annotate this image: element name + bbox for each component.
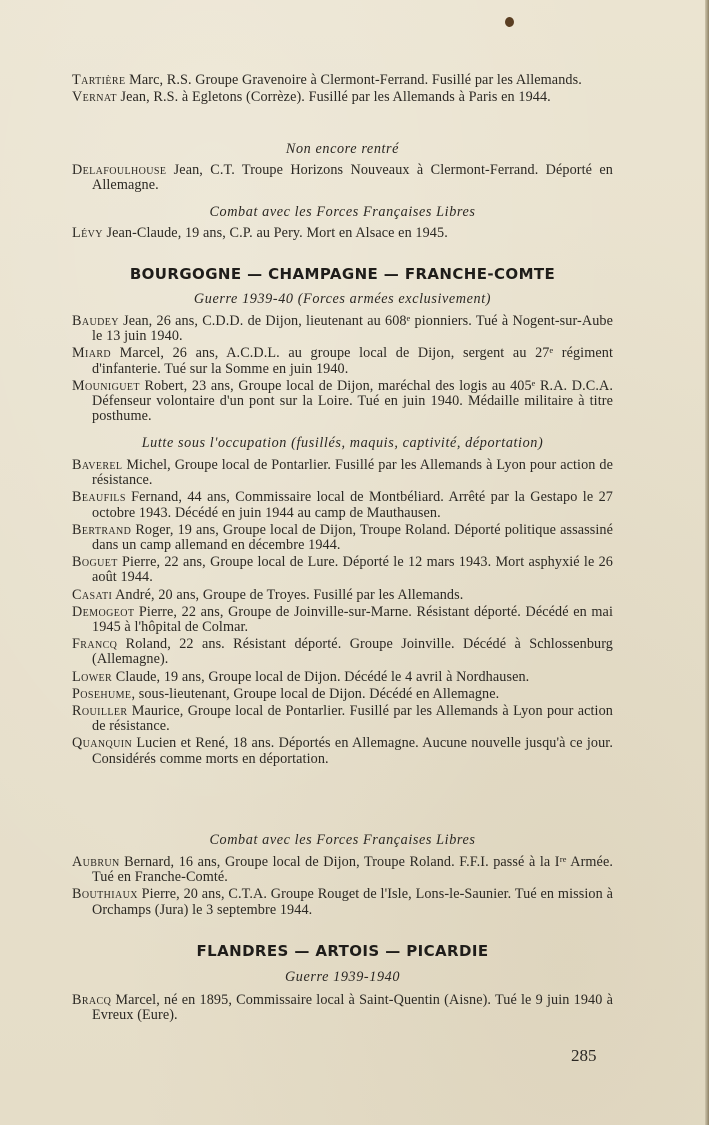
ink-spot (505, 17, 514, 27)
book-page: Tartière Marc, R.S. Groupe Gravenoire à … (0, 0, 709, 1125)
subheading-non-rentre: Non encore rentré (72, 141, 613, 157)
guerre-list: Bracq Marcel, né en 1895, Commissaire lo… (72, 993, 613, 1025)
list-item: Delafoulhouse Jean, C.T. Troupe Horizons… (72, 163, 613, 193)
list-item: Mouniguet Robert, 23 ans, Groupe local d… (72, 379, 613, 425)
page-number: 285 (571, 1046, 597, 1066)
list-item: Miard Marcel, 26 ans, A.C.D.L. au groupe… (72, 346, 613, 376)
list-item: Quanquin Lucien et René, 18 ans. Déporté… (72, 736, 613, 766)
ffl-list: Aubrun Bernard, 16 ans, Groupe local de … (72, 855, 613, 920)
subheading-guerre: Guerre 1939-40 (Forces armées exclusivem… (72, 291, 613, 307)
list-item: Bertrand Roger, 19 ans, Groupe local de … (72, 523, 613, 553)
subheading-guerre: Guerre 1939-1940 (72, 969, 613, 985)
previous-region-tail: Tartière Marc, R.S. Groupe Gravenoire à … (72, 73, 613, 107)
list-item: Aubrun Bernard, 16 ans, Groupe local de … (72, 855, 613, 885)
list-item: Boguet Pierre, 22 ans, Groupe local de L… (72, 555, 613, 585)
subheading-ffl: Combat avec les Forces Françaises Libres (72, 832, 613, 848)
non-rentre-list: Delafoulhouse Jean, C.T. Troupe Horizons… (72, 163, 613, 195)
list-item: Posehume, sous-lieutenant, Groupe local … (72, 687, 613, 702)
subheading-occupation: Lutte sous l'occupation (fusillés, maqui… (72, 435, 613, 451)
list-item: Vernat Jean, R.S. à Egletons (Corrèze). … (72, 90, 613, 105)
list-item: Demogeot Pierre, 22 ans, Groupe de Joinv… (72, 605, 613, 635)
list-item: Baudey Jean, 26 ans, C.D.D. de Dijon, li… (72, 314, 613, 344)
list-item: Bouthiaux Pierre, 20 ans, C.T.A. Groupe … (72, 887, 613, 917)
page-edge (705, 0, 709, 1125)
list-item: Rouiller Maurice, Groupe local de Pontar… (72, 704, 613, 734)
ffl-list: Lévy Jean-Claude, 19 ans, C.P. au Pery. … (72, 226, 613, 243)
list-item: Tartière Marc, R.S. Groupe Gravenoire à … (72, 73, 613, 88)
region-heading-bourgogne: BOURGOGNE — CHAMPAGNE — FRANCHE-COMTE (72, 265, 613, 283)
list-item: Baverel Michel, Groupe local de Pontarli… (72, 458, 613, 488)
subheading-ffl: Combat avec les Forces Françaises Libres (72, 204, 613, 220)
list-item: Beaufils Fernand, 44 ans, Commissaire lo… (72, 490, 613, 520)
guerre-list: Baudey Jean, 26 ans, C.D.D. de Dijon, li… (72, 314, 613, 426)
list-item: Francq Roland, 22 ans. Résistant déporté… (72, 637, 613, 667)
list-item: Lévy Jean-Claude, 19 ans, C.P. au Pery. … (72, 226, 613, 241)
list-item: Casati André, 20 ans, Groupe de Troyes. … (72, 588, 613, 603)
list-item: Lower Claude, 19 ans, Groupe local de Di… (72, 670, 613, 685)
list-item: Bracq Marcel, né en 1895, Commissaire lo… (72, 993, 613, 1023)
occupation-list: Baverel Michel, Groupe local de Pontarli… (72, 458, 613, 769)
region-heading-flandres: FLANDRES — ARTOIS — PICARDIE (72, 942, 613, 960)
